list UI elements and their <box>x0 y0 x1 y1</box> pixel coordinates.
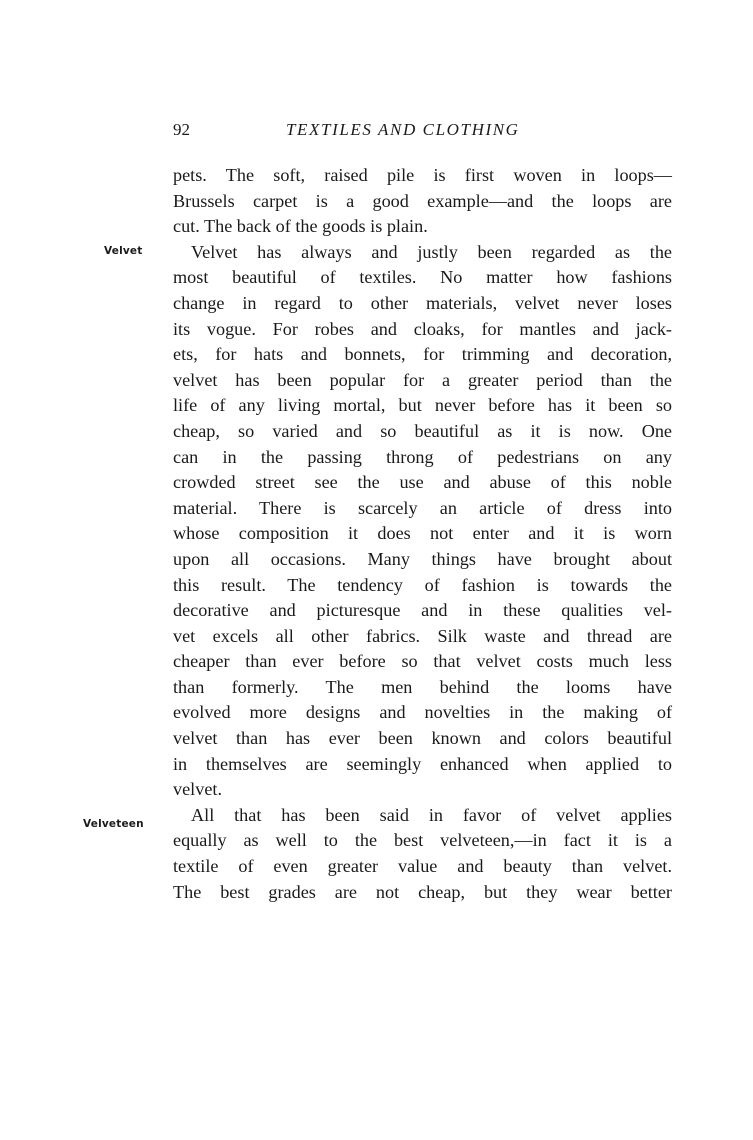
body-text: pets. The soft, raised pile is first wov… <box>173 163 672 905</box>
paragraph-velveteen-start: All that has been said in favor of velve… <box>173 803 672 829</box>
text-line: pets. The soft, raised pile is first wov… <box>173 163 672 189</box>
page-number: 92 <box>173 120 190 140</box>
text-line: cheap, so varied and so beautiful as it … <box>173 419 672 445</box>
text-line: can in the passing throng of pedestrians… <box>173 445 672 471</box>
text-line: material. There is scarcely an article o… <box>173 496 672 522</box>
text-line: textile of even greater value and beauty… <box>173 854 672 880</box>
text-line: cheaper than ever before so that velvet … <box>173 649 672 675</box>
text-line: its vogue. For robes and cloaks, for man… <box>173 317 672 343</box>
text-line: crowded street see the use and abuse of … <box>173 470 672 496</box>
text-line: than formerly. The men behind the looms … <box>173 675 672 701</box>
text-line: velvet has been popular for a greater pe… <box>173 368 672 394</box>
text-line: ets, for hats and bonnets, for trimming … <box>173 342 672 368</box>
text-line: change in regard to other materials, vel… <box>173 291 672 317</box>
running-head: TEXTILES AND CLOTHING <box>286 120 520 140</box>
text-line: velvet. <box>173 777 672 803</box>
text-line: cut. The back of the goods is plain. <box>173 214 672 240</box>
text-line: Brussels carpet is a good example—and th… <box>173 189 672 215</box>
text-line: velvet than has ever been known and colo… <box>173 726 672 752</box>
text-line: equally as well to the best velveteen,—i… <box>173 828 672 854</box>
text-line: most beautiful of textiles. No matter ho… <box>173 265 672 291</box>
text-line: vet excels all other fabrics. Silk waste… <box>173 624 672 650</box>
text-line: this result. The tendency of fashion is … <box>173 573 672 599</box>
text-line: evolved more designs and novelties in th… <box>173 700 672 726</box>
paragraph-velvet-start: Velvet has always and justly been regard… <box>173 240 672 266</box>
text-line: The best grades are not cheap, but they … <box>173 880 672 906</box>
sidenote-velvet: Velvet <box>104 245 142 257</box>
text-line: decorative and picturesque and in these … <box>173 598 672 624</box>
sidenote-velveteen: Velveteen <box>83 818 144 830</box>
text-line: life of any living mortal, but never bef… <box>173 393 672 419</box>
text-line: upon all occasions. Many things have bro… <box>173 547 672 573</box>
text-line: whose composition it does not enter and … <box>173 521 672 547</box>
text-line: in themselves are seemingly enhanced whe… <box>173 752 672 778</box>
